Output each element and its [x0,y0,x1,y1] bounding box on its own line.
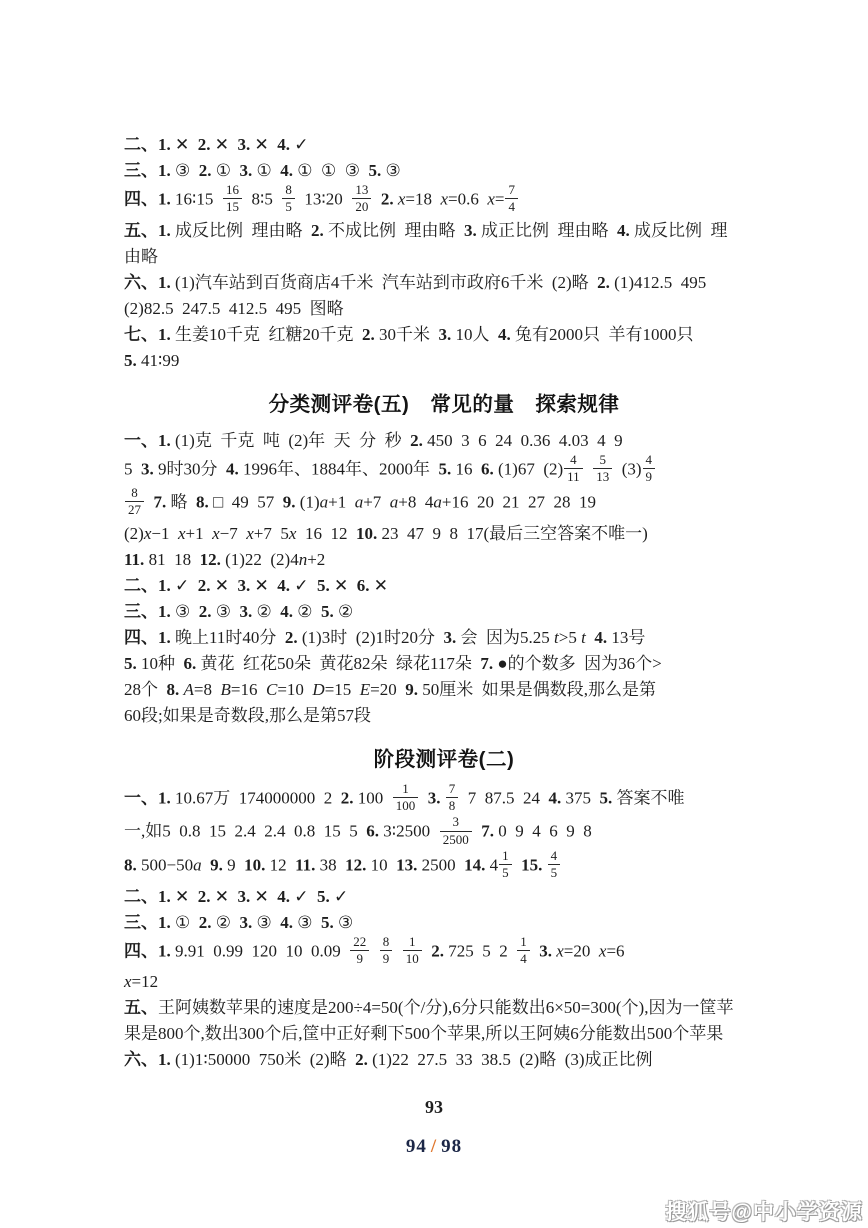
answer-text: 3. [238,576,255,595]
answer-line: 五、王阿姨数苹果的速度是200÷4=50(个/分),6分只能数出6×50=300… [124,995,764,1021]
answer-text: (1)412.5 495 [614,273,706,292]
answer-text: 一、1. [124,788,175,807]
answer-text: 一,如5 0.8 15 2.4 2.4 0.8 15 5 [124,822,366,841]
answer-text: =18 [405,190,440,209]
answer-text: ② [216,913,240,932]
answer-text: 5. [321,913,338,932]
answer-text: □ 49 57 [213,493,283,512]
answer-text: 成反比例 理 [634,221,728,240]
fraction: 1320 [352,183,371,215]
answer-text: ✓ [334,887,348,906]
answer-text: 4. [277,887,294,906]
answer-text: 四、1. [124,190,175,209]
answer-text: (3) [613,459,641,478]
answer-text: 10. [244,856,270,875]
answer-text: 375 [566,788,600,807]
answer-text: 二、1. [124,576,175,595]
answer-text: =10 [277,680,312,699]
answer-text: 六、1. [124,1050,175,1069]
fraction: 45 [548,849,561,881]
answer-text: 1996年、1884年、2000年 [243,459,439,478]
answer-line: 四、1. 16∶15 1615 8∶5 85 13∶20 1320 2. x=1… [124,184,764,218]
answer-text: 3. [240,913,257,932]
answer-text: (1) [300,493,320,512]
answer-text [584,459,593,478]
answer-text: ✓ [175,576,198,595]
answer-text: 会 因为5.25 [461,628,555,647]
answer-line: 由略 [124,244,764,270]
fraction: 32500 [440,815,472,847]
answer-text: 16 [456,459,482,478]
answer-text: x [124,972,132,991]
answer-content: 二、1. ✕ 2. ✕ 3. ✕ 4. ✓三、1. ③ 2. ① 3. ① 4.… [0,0,868,1073]
answer-text: 2. [199,913,216,932]
answer-text: a [355,493,364,512]
answer-text: +1 [328,493,355,512]
answer-text: 3. [238,135,255,154]
answer-text: 12. [200,550,226,569]
answer-text: +1 [186,524,213,543]
answer-text: 5. [317,576,334,595]
answer-text: 生姜10千克 红糖20千克 [175,325,362,344]
answer-text: 8. [124,856,141,875]
answer-text: 0 9 4 6 9 8 [498,822,592,841]
answer-line: 果是800个,数出300个后,筐中正好剩下500个苹果,所以王阿姨6分能数出50… [124,1021,764,1047]
answer-text [531,941,540,960]
answer-text: (1)克 千克 吨 (2)年 天 分 秒 [175,431,410,450]
answer-text: 81 18 [149,550,200,569]
answer-text: 2. [341,788,358,807]
answer-text: 38 [320,856,346,875]
answer-text: =16 [231,680,266,699]
answer-text: 3. [439,325,456,344]
answer-text: 6. [184,654,201,673]
answer-line: (2)x−1 x+1 x−7 x+7 5x 16 12 10. 23 47 9 … [124,521,764,547]
answer-text: 略 [171,493,197,512]
answer-text: (1)22 (2)4 [225,550,299,569]
fraction: 14 [517,935,530,967]
answer-text: 5. [439,459,456,478]
fraction: 1615 [223,183,242,215]
answer-text: 不成比例 理由略 [328,221,464,240]
answer-text: 2. [355,1050,372,1069]
fraction: 411 [564,453,583,485]
fraction: 74 [505,183,518,215]
answer-text: 16 12 [296,524,356,543]
answer-text: =15 [325,680,360,699]
answer-line: x=12 [124,969,764,995]
answer-text: (1)67 (2) [498,459,563,478]
answer-line: 六、1. (1)1∶50000 750米 (2)略 2. (1)22 27.5 … [124,1047,764,1073]
answer-text: n [299,550,308,569]
answer-text: x [487,190,495,209]
answer-text: =20 [564,941,599,960]
answer-line: 三、1. ① 2. ② 3. ③ 4. ③ 5. ③ [124,910,764,936]
answer-text: 2. [410,431,427,450]
answer-text: 黄花 红花50朵 黄花82朵 绿花117朵 [201,654,481,673]
answer-text: 50厘米 如果是偶数段,那么是第 [422,680,656,699]
answer-text: 七、1. [124,325,175,344]
answer-text [513,856,522,875]
answer-text: 2. [431,941,448,960]
answer-text: ① [216,161,240,180]
answer-text: 13. [396,856,422,875]
answer-line: 60段;如果是奇数段,那么是第57段 [124,703,764,729]
answer-text: ② [297,602,321,621]
answer-text: 7. [480,654,497,673]
answer-text: ✕ [255,135,278,154]
answer-text: a [320,493,329,512]
answer-text: 9. [210,856,227,875]
answer-text: ✕ [215,135,238,154]
answer-text: ✕ [255,887,278,906]
answer-line: 三、1. ③ 2. ① 3. ① 4. ① ① ③ 5. ③ [124,158,764,184]
answer-text: 60段;如果是奇数段,那么是第57段 [124,706,371,725]
answer-text: 5 [124,459,141,478]
answer-text: 23 47 9 8 17(最后三空答案不唯一) [381,524,647,543]
answer-text: 五、 [124,998,158,1017]
answer-line: 二、1. ✕ 2. ✕ 3. ✕ 4. ✓ [124,132,764,158]
answer-text: ③ [385,161,400,180]
answer-text: C [266,680,277,699]
answer-text: a [433,493,442,512]
answer-text: 9.91 0.99 120 10 0.09 [175,941,349,960]
answer-text: ●的个数多 因为36个> [497,654,661,673]
answer-text: 2. [198,135,215,154]
answer-text: 30千米 [379,325,439,344]
answer-text: 2. [311,221,328,240]
answer-text: ✓ [294,135,308,154]
answer-text: 6. [366,822,383,841]
answer-text: x [246,524,254,543]
answer-text: ③ [257,913,281,932]
answer-text: 3. [539,941,556,960]
answer-text: 4. [498,325,515,344]
answer-text: (1)22 27.5 33 38.5 (2)略 (3)成正比例 [372,1050,652,1069]
answer-text: ② [338,602,353,621]
answer-text: 8. [196,493,213,512]
answer-text: 二、1. [124,135,175,154]
answer-text: 晚上11时40分 [175,628,285,647]
answer-text: +16 20 21 27 28 19 [442,493,596,512]
answer-text: 100 [358,788,392,807]
watermark: 搜狐号@中小学资源 [666,1196,863,1226]
answer-text: 3. [240,161,257,180]
answer-line: 8. 500−50a 9. 9 10. 12 11. 38 12. 10 13.… [124,850,764,884]
answer-line: 一,如5 0.8 15 2.4 2.4 0.8 15 5 6. 3∶2500 3… [124,816,764,850]
answer-text: 13号 [611,628,645,647]
answer-text: ✕ [215,576,238,595]
answer-text: x [212,524,220,543]
answer-text: 9. [283,493,300,512]
answer-text: 2. [381,190,398,209]
answer-text: 14. [464,856,490,875]
answer-text: 4. [280,602,297,621]
answer-line: 5 3. 9时30分 4. 1996年、1884年、2000年 5. 16 6.… [124,454,764,488]
answer-text: ② [257,602,281,621]
answer-text: (2) [124,524,144,543]
answer-text: 15. [521,856,547,875]
fraction: 78 [446,782,459,814]
answer-text: 7 87.5 24 [459,788,548,807]
answer-text: 10 [371,856,397,875]
answer-line: 827 7. 略 8. □ 49 57 9. (1)a+1 a+7 a+8 4a… [124,487,764,521]
answer-text: 725 5 2 [448,941,516,960]
answer-text: ③ [297,913,321,932]
answer-text: 11. [124,550,149,569]
answer-text: =20 [370,680,405,699]
answer-text: 6. [481,459,498,478]
answer-text: 2. [199,161,216,180]
answer-text: ① [257,161,281,180]
answer-text [202,856,211,875]
section-heading: 阶段测评卷(二) [124,742,764,772]
answer-text: 4. [226,459,243,478]
answer-text: 成反比例 理由略 [175,221,311,240]
answer-text: 2. [285,628,302,647]
answer-text: 4. [549,788,566,807]
answer-text: 4. [280,161,297,180]
answer-text [423,941,432,960]
fraction: 49 [643,453,656,485]
answer-text: ✕ [255,576,278,595]
page-indicator-total: 98 [439,1136,464,1157]
answer-text: =8 [194,680,221,699]
answer-text: 10. [356,524,382,543]
answer-text: ③ [175,602,199,621]
answer-text: 果是800个,数出300个后,筐中正好剩下500个苹果,所以王阿姨6分能数出50… [124,1024,723,1043]
answer-text: 7. [154,493,171,512]
answer-text: ✕ [175,135,198,154]
answer-text: 3. [464,221,481,240]
answer-text: 9. [405,680,422,699]
answer-line: 四、1. 9.91 0.99 120 10 0.09 229 89 110 2.… [124,936,764,970]
answer-text: 12 [270,856,296,875]
page-indicator-separator: / [429,1136,439,1157]
answer-text: 2. [199,602,216,621]
answer-text: 兔有2000只 羊有1000只 [515,325,694,344]
fraction: 513 [593,453,612,485]
answer-text: 王阿姨数苹果的速度是200÷4=50(个/分),6分只能数出6×50=300(个… [158,998,733,1017]
answer-text: 四、1. [124,628,175,647]
answer-text: 2500 [422,856,465,875]
answer-text: 3. [240,602,257,621]
answer-text: 4 [490,856,499,875]
fraction: 15 [499,849,512,881]
answer-text: 5. [600,788,617,807]
answer-text: 10人 [456,325,499,344]
answer-text: +7 5 [254,524,289,543]
answer-text: (1)1∶50000 750米 (2)略 [175,1050,355,1069]
answer-text: 3. [141,459,158,478]
answer-text: 答案不唯 [617,788,685,807]
answer-text: 5. [317,887,334,906]
answer-text: =12 [132,972,159,991]
answer-line: 五、1. 成反比例 理由略 2. 不成比例 理由略 3. 成正比例 理由略 4.… [124,218,764,244]
answer-text [473,822,482,841]
answer-text: ③ [338,913,353,932]
answer-text: ✕ [374,576,388,595]
answer-text: ③ [175,161,199,180]
answer-line: 二、1. ✕ 2. ✕ 3. ✕ 4. ✓ 5. ✓ [124,884,764,910]
answer-text: 由略 [124,247,158,266]
answer-text: 六、1. [124,273,175,292]
answer-text [145,493,154,512]
answer-text: −7 [220,524,247,543]
answer-text: (1)3时 (2)1时20分 [302,628,444,647]
answer-text: 5. [368,161,385,180]
answer-text [370,941,379,960]
answer-text: 5. [124,351,141,370]
answer-line: 5. 10种 6. 黄花 红花50朵 黄花82朵 绿花117朵 7. ●的个数多… [124,651,764,677]
answer-text: ✕ [175,887,198,906]
answer-text: 7. [481,822,498,841]
answer-text: 五、1. [124,221,175,240]
answer-key-page: 二、1. ✕ 2. ✕ 3. ✕ 4. ✓三、1. ③ 2. ① 3. ① 4.… [0,0,868,1228]
answer-text [372,190,381,209]
fraction: 827 [125,486,144,518]
answer-text: =6 [606,941,624,960]
answer-text: E [360,680,370,699]
answer-text: 6. [357,576,374,595]
answer-line: 七、1. 生姜10千克 红糖20千克 2. 30千米 3. 10人 4. 兔有2… [124,322,764,348]
fraction: 110 [403,935,422,967]
answer-text: −1 [151,524,178,543]
answer-text: 5. [124,654,141,673]
answer-line: 一、1. 10.67万 174000000 2 2. 100 1100 3. 7… [124,783,764,817]
answer-line: 一、1. (1)克 千克 吨 (2)年 天 分 秒 2. 450 3 6 24 … [124,428,764,454]
answer-text: 三、1. [124,913,175,932]
answer-text: +7 [363,493,390,512]
answer-text: 10种 [141,654,184,673]
answer-text: ✓ [294,576,317,595]
answer-text: 4. [277,576,294,595]
answer-text: 8. [167,680,184,699]
answer-text: 4. [594,628,611,647]
answer-line: 28个 8. A=8 B=16 C=10 D=15 E=20 9. 50厘米 如… [124,677,764,703]
answer-text: x [556,941,564,960]
answer-text: 三、1. [124,161,175,180]
answer-text: 12. [345,856,371,875]
answer-text: ✕ [334,576,357,595]
fraction: 89 [380,935,393,967]
answer-text: D [312,680,324,699]
answer-line: 六、1. (1)汽车站到百货商店4千米 汽车站到市政府6千米 (2)略 2. (… [124,270,764,296]
answer-text: 500−50 [141,856,193,875]
answer-text: 10.67万 174000000 2 [175,788,341,807]
answer-text: x [178,524,186,543]
answer-text: a [193,856,202,875]
answer-text: 成正比例 理由略 [481,221,617,240]
answer-text: +2 [307,550,325,569]
answer-text: 2. [362,325,379,344]
answer-text: 9时30分 [158,459,226,478]
answer-line: 二、1. ✓ 2. ✕ 3. ✕ 4. ✓ 5. ✕ 6. ✕ [124,573,764,599]
answer-text: (2)82.5 247.5 412.5 495 图略 [124,299,344,318]
answer-text: 16∶15 [175,190,222,209]
answer-text: 9 [227,856,244,875]
answer-text: 28个 [124,680,167,699]
answer-line: 四、1. 晚上11时40分 2. (1)3时 (2)1时20分 3. 会 因为5… [124,625,764,651]
answer-text: ① [175,913,199,932]
answer-text: ③ [216,602,240,621]
answer-text: 2. [597,273,614,292]
answer-text: 3. [238,887,255,906]
fraction: 85 [282,183,295,215]
answer-text: 四、1. [124,941,175,960]
answer-text: 4. [617,221,634,240]
answer-text: A [184,680,194,699]
answer-text: 3. [428,788,445,807]
answer-text: >5 [559,628,581,647]
answer-text: B [220,680,230,699]
answer-text [393,941,402,960]
fraction: 1100 [393,782,419,814]
answer-text: 三、1. [124,602,175,621]
answer-line: 11. 81 18 12. (1)22 (2)4n+2 [124,547,764,573]
inner-page-number: 93 [0,1097,868,1118]
fraction: 229 [350,935,369,967]
answer-text: 3∶2500 [383,822,438,841]
section-heading: 分类测评卷(五) 常见的量 探索规律 [124,387,764,417]
answer-text: 8∶5 [243,190,281,209]
answer-text [419,788,428,807]
answer-text: 11. [295,856,320,875]
answer-text: 3. [444,628,461,647]
answer-text: 41∶99 [141,351,179,370]
answer-text: (1)汽车站到百货商店4千米 汽车站到市政府6千米 (2)略 [175,273,597,292]
answer-text: +8 4 [398,493,433,512]
answer-text: 4. [277,135,294,154]
answer-line: 三、1. ③ 2. ③ 3. ② 4. ② 5. ② [124,599,764,625]
viewer-page-indicator: 94/98 [0,1136,868,1158]
answer-text: = [495,190,505,209]
page-indicator-current: 94 [404,1136,429,1157]
answer-text: 一、1. [124,431,175,450]
answer-text: 2. [198,887,215,906]
answer-text: 2. [198,576,215,595]
answer-line: 5. 41∶99 [124,348,764,374]
answer-text: =0.6 [448,190,487,209]
answer-text: ✓ [294,887,317,906]
answer-line: (2)82.5 247.5 412.5 495 图略 [124,296,764,322]
answer-text: 4. [280,913,297,932]
answer-text: ✕ [215,887,238,906]
answer-text: x [440,190,448,209]
answer-text: ① ① ③ [297,161,368,180]
answer-text: 450 3 6 24 0.36 4.03 4 9 [427,431,623,450]
answer-text: 5. [321,602,338,621]
answer-text: 二、1. [124,887,175,906]
answer-text: 13∶20 [296,190,351,209]
